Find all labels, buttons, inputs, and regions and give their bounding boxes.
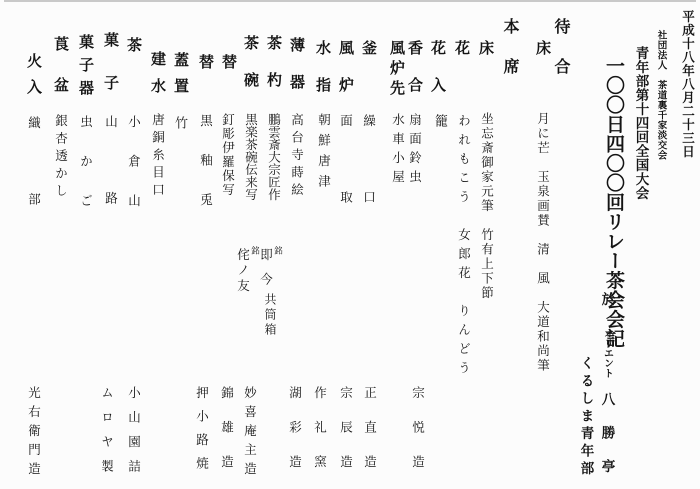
venue-at: 於 (600, 292, 615, 306)
item-content-hanaire: 籠 (434, 114, 447, 127)
item-content-toko-honseki: 坐忘斎御家元筆 竹有上下節 (480, 112, 493, 301)
item-label-kashi: 菓子 (102, 32, 117, 118)
item-content-cha: 小倉山 (127, 115, 140, 234)
kaiki-document: 平成十八年八月二十三日 社団法人 茶道裏千家淡交会 青年部第十四回全国大会 一〇… (0, 0, 700, 489)
item-label-hanaire: 花入 (429, 40, 444, 114)
event-name: 青年部第十四回全国大会 (634, 46, 648, 200)
item-maker-cha: 小山園詰 (127, 386, 140, 484)
item-label-chashaku: 茶杓 (265, 35, 280, 109)
item-mei-mark-chawan: 銘 (251, 246, 260, 255)
item-content-mizusashi: 朝鮮唐津 (317, 113, 330, 195)
item-content-furosaki: 水車小屋 (391, 113, 404, 189)
item-maker-kogo: 宗悦造 (411, 386, 424, 489)
item-label-kama: 釜 (360, 40, 375, 55)
item-label-hiire: 火入 (25, 53, 40, 105)
item-content-chashaku: 鵬雲斎大宗匠作 (267, 113, 280, 201)
item-box-chashaku: 共筒箱 (264, 293, 276, 338)
item-maker-kae-1: 錦雄造 (220, 386, 233, 489)
item-maker-kashi: ムロヤ製 (100, 386, 113, 484)
item-content-hana: われもこう 女郎花 りんどう (457, 114, 470, 380)
item-label-kae-2: 替 (197, 54, 212, 69)
item-content-furo: 面取 (339, 114, 352, 267)
item-content-chawan: 黒楽茶碗伝来写 (244, 113, 257, 201)
item-content-kashiki: 虫かご (79, 115, 92, 234)
item-label-toko-machiai: 床 (534, 40, 549, 55)
item-label-toko-honseki: 床 (477, 40, 492, 55)
item-label-kashiki: 菓子器 (77, 34, 92, 103)
item-maker-chawan: 妙喜庵主造 (243, 386, 256, 481)
venue-place: オリエント (602, 328, 613, 378)
item-label-furo: 風炉 (337, 40, 352, 114)
item-label-chawan: 茶碗 (242, 35, 257, 109)
item-content-kama: 繰口 (362, 114, 375, 267)
item-content-kensui: 唐銅糸目口 (151, 113, 164, 201)
item-content-usuki: 高台寺蒔絵 (290, 113, 303, 201)
item-maker-hiire: 光右衛門造 (27, 386, 40, 481)
item-maker-kama: 正直造 (363, 386, 376, 489)
item-content-futaoki: 竹 (174, 116, 187, 129)
item-label-usuki: 薄器 (288, 37, 303, 111)
item-content-hiire: 織部 (27, 116, 40, 269)
item-content-kae-1: 釘彫伊羅保写 (221, 113, 234, 197)
item-maker-mizusashi: 作礼窯 (313, 386, 326, 489)
organization-name: 社団法人 茶道裏千家淡交会 (655, 30, 665, 160)
item-content-toko-machiai: 月に芒 玉泉画賛 清 風 大道和尚筆 (536, 112, 549, 373)
item-label-tabakobon: 莨盆 (52, 36, 67, 118)
item-maker-kae-2: 押小路焼 (195, 386, 208, 480)
item-label-mizusashi: 水指 (314, 40, 329, 114)
item-maker-usuki: 湖彩造 (288, 386, 301, 489)
item-label-kogo: 香合 (406, 40, 421, 114)
item-label-hana: 花 (453, 40, 468, 55)
item-content-kae-2: 黒釉兎 (199, 114, 212, 233)
item-maker-furo: 宗辰造 (339, 386, 352, 489)
item-mei-chawan: 侘ノ友 (236, 248, 249, 295)
host-name: くるしま青年部 (579, 356, 593, 479)
item-mei-mark-chashaku: 銘 (274, 246, 283, 255)
item-label-cha: 茶 (125, 37, 140, 52)
section-header-honseki: 本席 (501, 18, 517, 98)
item-content-kashi: 山路 (104, 115, 117, 268)
item-label-furosaki: 風炉先 (388, 40, 403, 100)
venue: 於オリエント八勝亭 (600, 292, 614, 489)
item-label-kae-1: 替 (220, 54, 235, 69)
item-label-kensui: 建水 (149, 51, 164, 105)
item-content-kogo: 扇面鈴虫 (408, 113, 421, 189)
item-mei-chashaku: 即今 (259, 248, 272, 297)
section-header-machiai: 待合 (552, 18, 568, 98)
venue-hall: 八勝亭 (600, 392, 615, 489)
item-label-futaoki: 蓋置 (172, 52, 187, 104)
item-content-tabakobon: 銀杏透かし (54, 114, 67, 202)
document-date: 平成十八年八月二十三日 (681, 10, 694, 159)
